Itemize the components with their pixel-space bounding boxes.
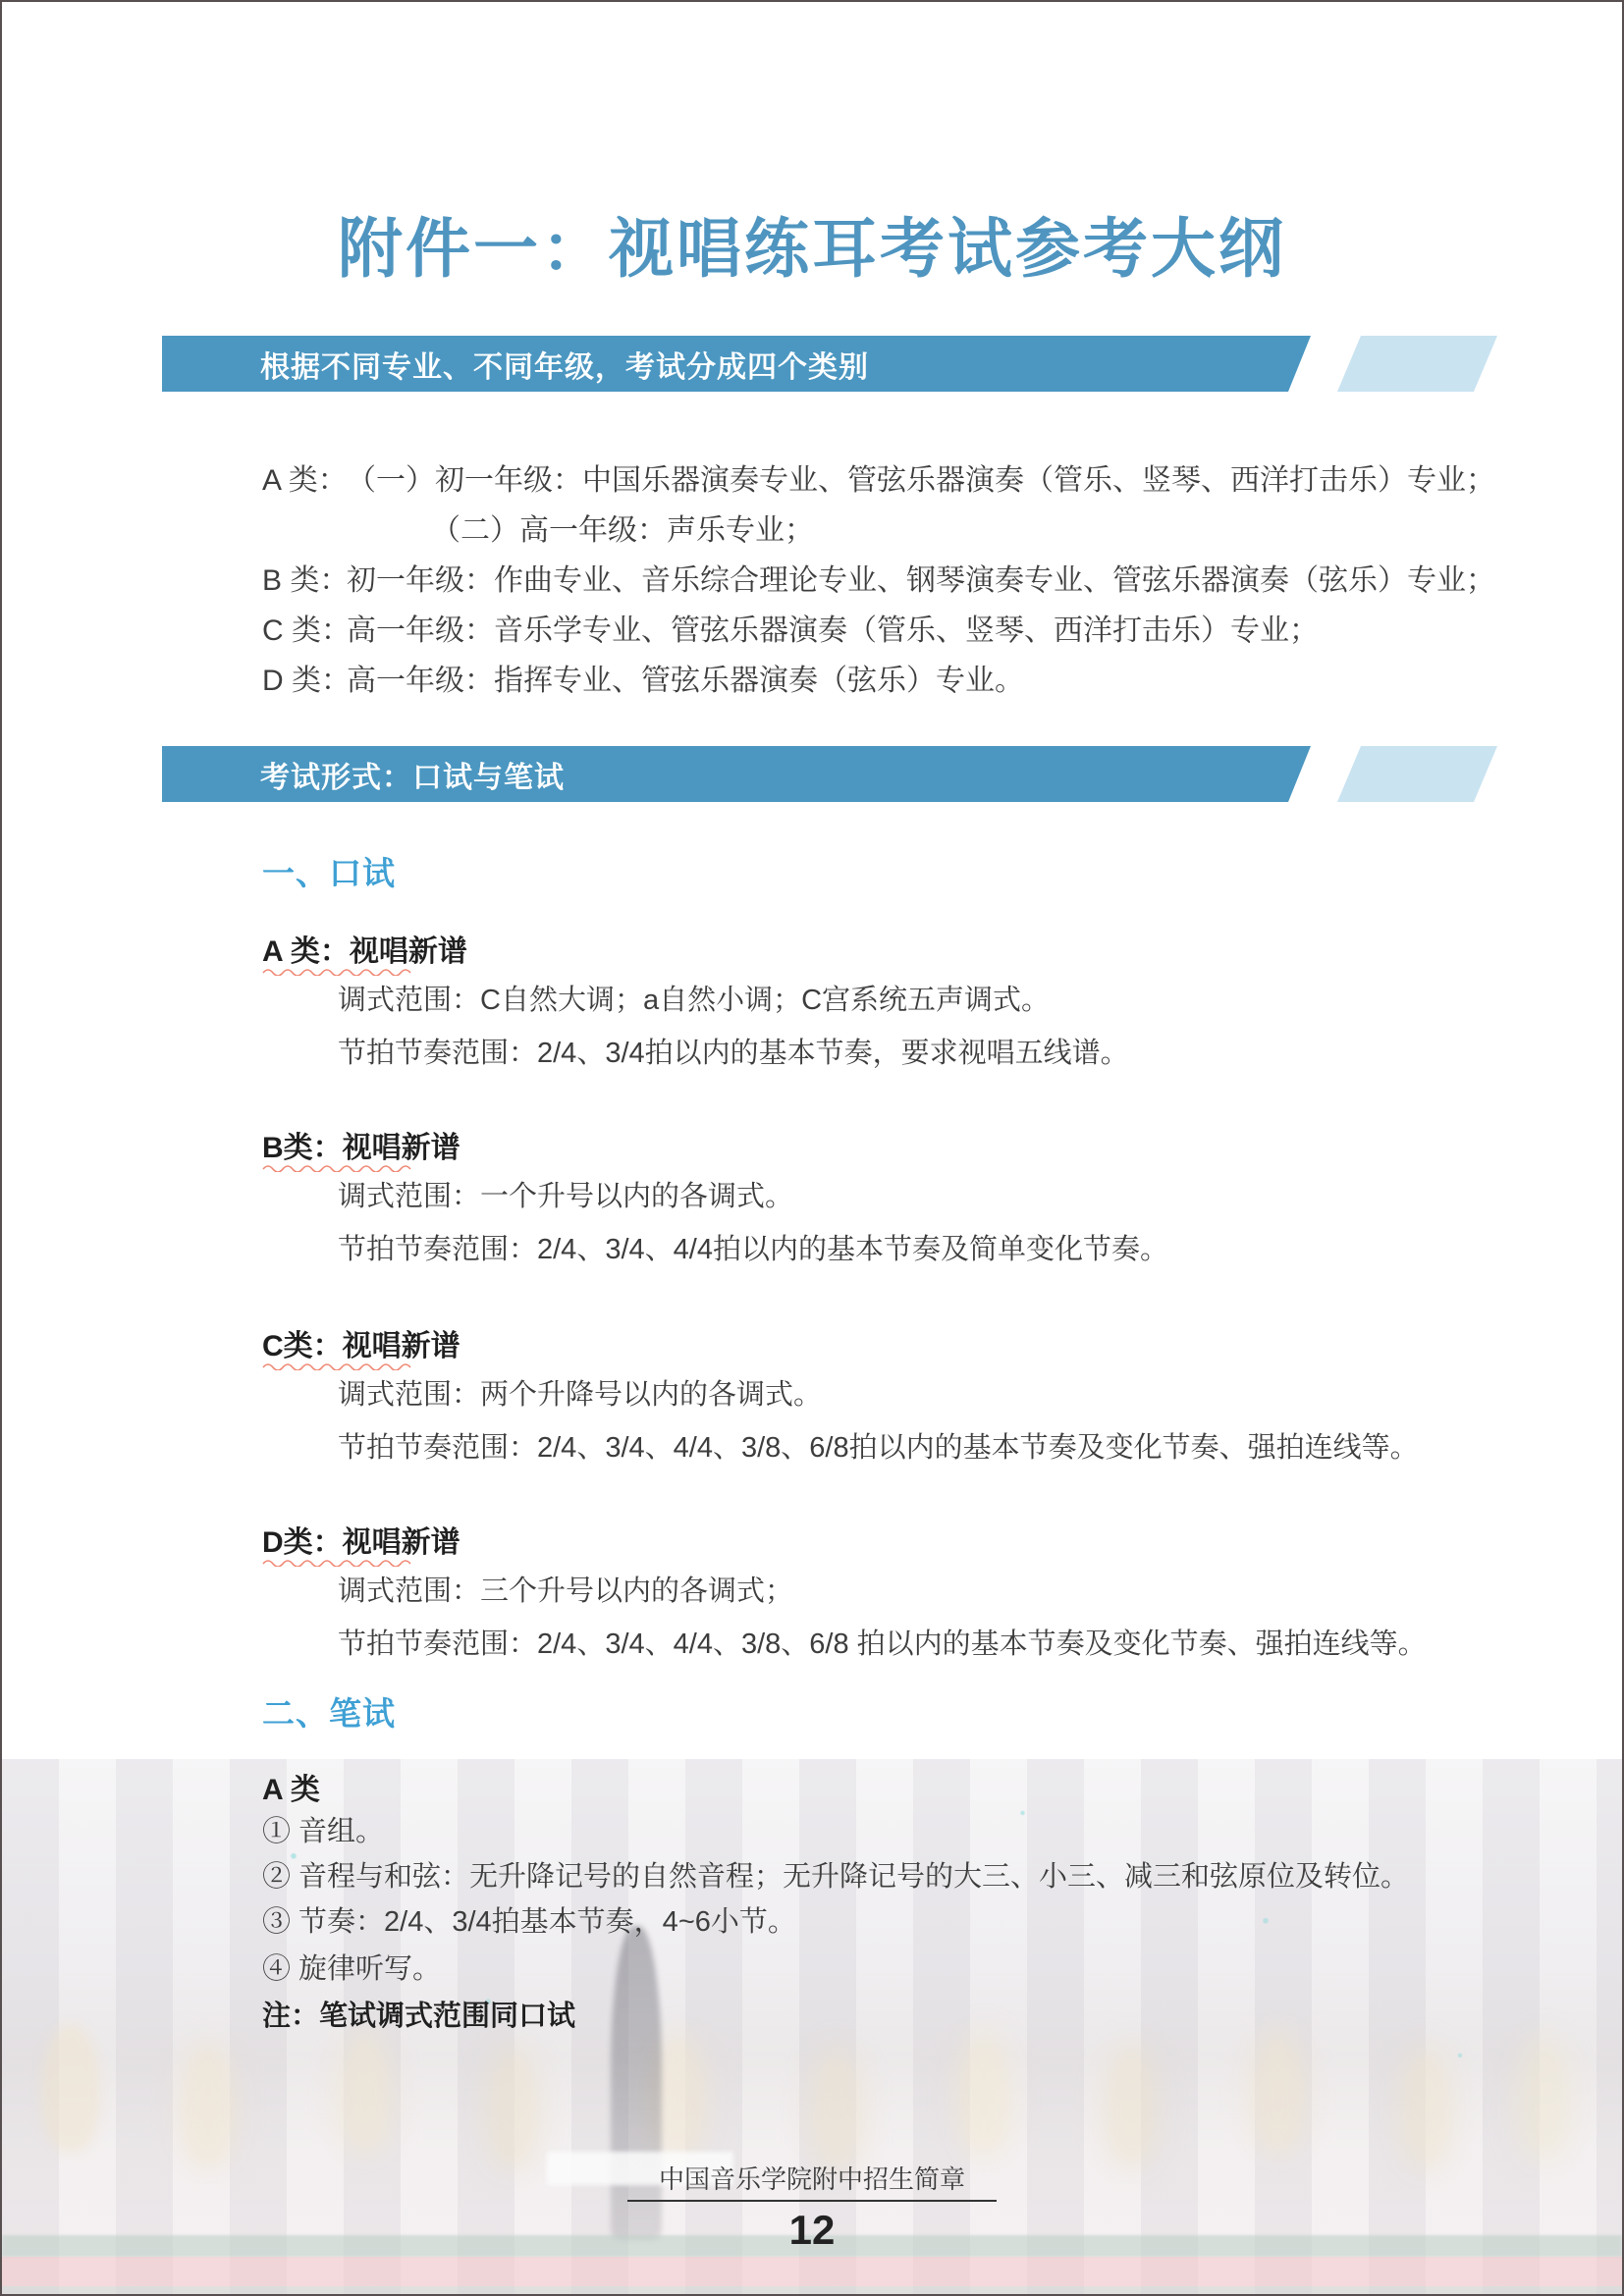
banner-bar: 根据不同专业、不同年级，考试分成四个类别 xyxy=(162,336,1311,392)
banner-bar: 考试形式：口试与笔试 xyxy=(162,746,1311,802)
category-row-c: C 类：高一年级：音乐学专业、管弦乐器演奏（管乐、竖琴、西洋打击乐）专业； xyxy=(262,606,1489,656)
oral-mode-range: 调式范围：三个升号以内的各调式； xyxy=(338,1569,793,1609)
oral-item-name: 视唱新谱 xyxy=(343,1132,460,1164)
category-row-a1: A 类：（一）初一年级：中国乐器演奏专业、管弦乐器演奏（管乐、竖琴、西洋打击乐）… xyxy=(262,455,1489,506)
written-item-2: ② 音程与和弦：无升降记号的自然音程；无升降记号的大三、小三、减三和弦原位及转位… xyxy=(262,1854,1519,1895)
written-note: 注：笔试调式范围同口试 xyxy=(262,1994,575,2034)
banner-label: 考试形式：口试与笔试 xyxy=(162,753,565,796)
oral-item-name: 视唱新谱 xyxy=(343,1330,460,1362)
banner-tail-parallelogram xyxy=(1337,746,1497,802)
oral-item-label: D类： xyxy=(262,1526,343,1559)
written-item-3: ③ 节奏：2/4、3/4拍基本节奏，4~6小节。 xyxy=(262,1899,1519,1940)
category-row-d: D 类：高一年级：指挥专业、管弦乐器演奏（弦乐）专业。 xyxy=(262,656,1489,706)
footer-divider xyxy=(627,2200,997,2202)
banner-label: 根据不同专业、不同年级，考试分成四个类别 xyxy=(162,343,869,386)
oral-rhythm-range: 节拍节奏范围：2/4、3/4、4/4、3/8、6/8 拍以内的基本节奏及变化节奏… xyxy=(338,1622,1427,1662)
written-item-1: ① 音组。 xyxy=(262,1809,1519,1849)
written-subheading: A 类 xyxy=(262,1765,320,1808)
category-row-b: B 类：初一年级：作曲专业、音乐综合理论专业、钢琴演奏专业、管弦乐器演奏（弦乐）… xyxy=(262,556,1489,606)
category-label: A 类： xyxy=(262,455,347,506)
oral-rhythm-range: 节拍节奏范围：2/4、3/4拍以内的基本节奏，要求视唱五线谱。 xyxy=(338,1031,1129,1071)
banner-tail-parallelogram xyxy=(1337,336,1497,392)
orchestra-musicians-silhouettes xyxy=(41,2024,100,2152)
oral-item-a: A 类：视唱新谱 调式范围：C自然大调；a自然小调；C宫系统五声调式。 节拍节奏… xyxy=(262,927,1489,1074)
stage-front-strip xyxy=(2,2257,1622,2286)
category-label: B 类： xyxy=(262,556,347,606)
section-banner-categories: 根据不同专业、不同年级，考试分成四个类别 xyxy=(162,336,1473,392)
oral-rhythm-range: 节拍节奏范围：2/4、3/4、4/4拍以内的基本节奏及简单变化节奏。 xyxy=(338,1227,1168,1267)
spellcheck-squiggle xyxy=(262,968,411,976)
spellcheck-squiggle xyxy=(262,1362,411,1370)
oral-item-c: C类：视唱新谱 调式范围：两个升降号以内的各调式。 节拍节奏范围：2/4、3/4… xyxy=(262,1321,1489,1468)
oral-item-b: B类：视唱新谱 调式范围：一个升号以内的各调式。 节拍节奏范围：2/4、3/4、… xyxy=(262,1123,1489,1270)
written-item-4: ④ 旋律听写。 xyxy=(262,1947,1519,1987)
category-text: 高一年级：指挥专业、管弦乐器演奏（弦乐）专业。 xyxy=(347,665,1024,697)
oral-item-label: A 类： xyxy=(262,935,350,968)
stage-floor-strip xyxy=(2,2286,1622,2296)
oral-item-heading: B类：视唱新谱 xyxy=(262,1123,1489,1166)
spellcheck-squiggle xyxy=(262,1559,411,1567)
category-label: D 类： xyxy=(262,656,347,706)
oral-item-name: 视唱新谱 xyxy=(343,1526,460,1559)
oral-item-heading: A 类：视唱新谱 xyxy=(262,927,1489,970)
category-text: 初一年级：作曲专业、音乐综合理论专业、钢琴演奏专业、管弦乐器演奏（弦乐）专业； xyxy=(347,564,1495,597)
section-banner-exam-form: 考试形式：口试与笔试 xyxy=(162,746,1473,802)
oral-mode-range: 调式范围：两个升降号以内的各调式。 xyxy=(338,1372,822,1413)
document-page: 附件一：视唱练耳考试参考大纲 根据不同专业、不同年级，考试分成四个类别 A 类：… xyxy=(0,0,1624,2296)
oral-item-label: C类： xyxy=(262,1330,343,1362)
spellcheck-squiggle xyxy=(262,1164,411,1172)
category-text: 高一年级：音乐学专业、管弦乐器演奏（管乐、竖琴、西洋打击乐）专业； xyxy=(347,614,1319,647)
oral-section-heading: 一、口试 xyxy=(262,848,396,894)
category-label: C 类： xyxy=(262,606,347,656)
footer-doc-title: 中国音乐学院附中招生简章 xyxy=(2,2160,1622,2196)
oral-item-d: D类：视唱新谱 调式范围：三个升号以内的各调式； 节拍节奏范围：2/4、3/4、… xyxy=(262,1518,1489,1665)
category-text: （一）初一年级：中国乐器演奏专业、管弦乐器演奏（管乐、竖琴、西洋打击乐）专业； xyxy=(347,464,1495,497)
oral-rhythm-range: 节拍节奏范围：2/4、3/4、4/4、3/8、6/8拍以内的基本节奏及变化节奏、… xyxy=(338,1425,1419,1466)
page-number: 12 xyxy=(2,2207,1622,2254)
oral-mode-range: 调式范围：一个升号以内的各调式。 xyxy=(338,1174,793,1214)
oral-item-heading: C类：视唱新谱 xyxy=(262,1321,1489,1364)
oral-item-name: 视唱新谱 xyxy=(350,935,467,968)
written-section-heading: 二、笔试 xyxy=(262,1688,396,1735)
category-row-a2: （二）高一年级：声乐专业； xyxy=(262,506,1489,556)
category-list: A 类：（一）初一年级：中国乐器演奏专业、管弦乐器演奏（管乐、竖琴、西洋打击乐）… xyxy=(262,455,1489,706)
oral-item-heading: D类：视唱新谱 xyxy=(262,1518,1489,1561)
category-text: （二）高一年级：声乐专业； xyxy=(347,514,814,547)
page-title: 附件一：视唱练耳考试参考大纲 xyxy=(2,196,1622,290)
oral-mode-range: 调式范围：C自然大调；a自然小调；C宫系统五声调式。 xyxy=(338,978,1050,1018)
oral-item-label: B类： xyxy=(262,1132,343,1164)
